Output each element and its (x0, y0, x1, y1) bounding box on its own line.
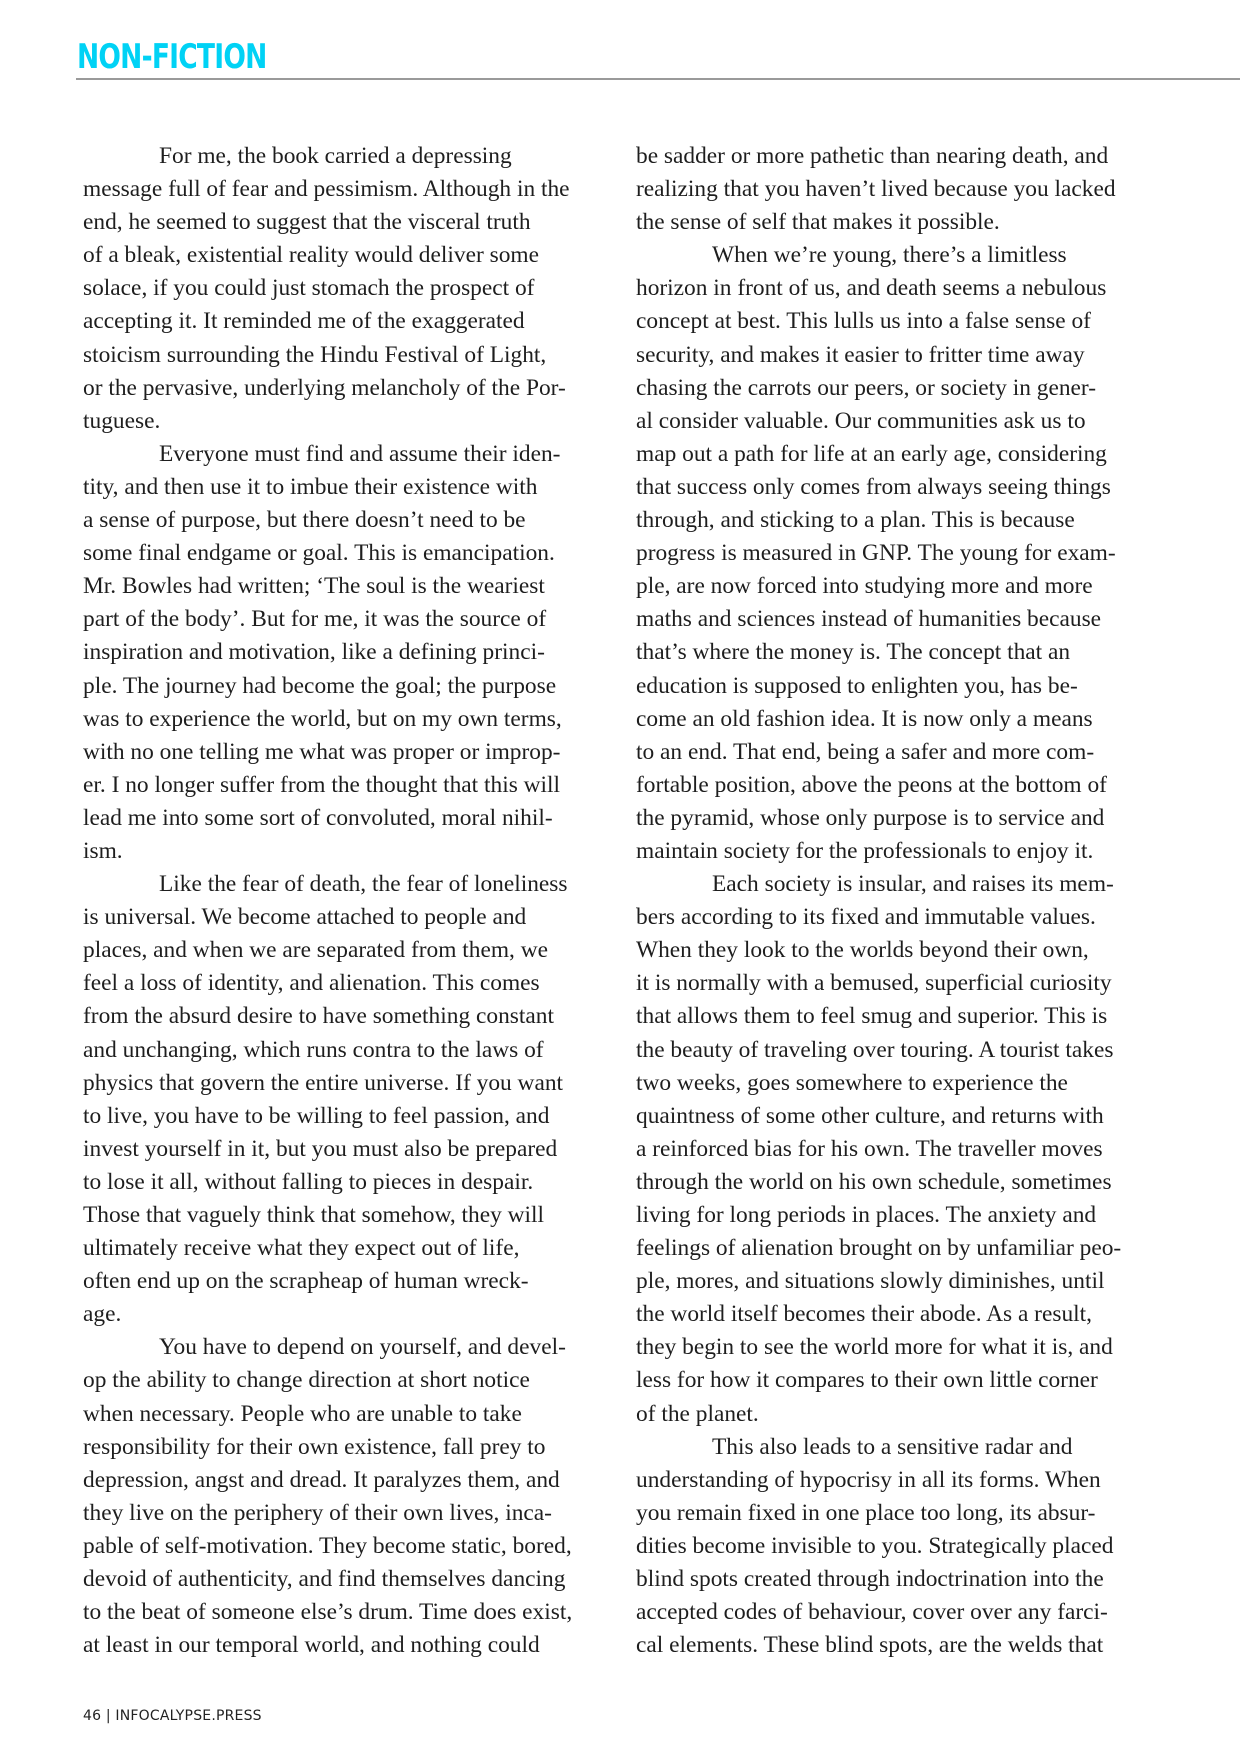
text-line: that allows them to feel smug and superi… (636, 1000, 1156, 1033)
text-line: when necessary. People who are unable to… (83, 1398, 603, 1431)
text-line: the world itself becomes their abode. As… (636, 1298, 1156, 1331)
text-line: cal elements. These blind spots, are the… (636, 1629, 1156, 1662)
text-line: feelings of alienation brought on by unf… (636, 1232, 1156, 1265)
text-line: places, and when we are separated from t… (83, 934, 603, 967)
text-line: You have to depend on yourself, and deve… (83, 1331, 603, 1364)
text-line: When they look to the worlds beyond thei… (636, 934, 1156, 967)
text-line: through, and sticking to a plan. This is… (636, 504, 1156, 537)
text-line: and unchanging, which runs contra to the… (83, 1034, 603, 1067)
text-line: some final endgame or goal. This is eman… (83, 537, 603, 570)
article-column-right: be sadder or more pathetic than nearing … (636, 140, 1156, 1662)
page-footer: 46 | INFOCALYPSE.PRESS (83, 1708, 262, 1724)
text-line: responsibility for their own existence, … (83, 1431, 603, 1464)
text-line: pable of self-motivation. They become st… (83, 1530, 603, 1563)
text-line: tuguese. (83, 405, 603, 438)
text-line: accepted codes of behaviour, cover over … (636, 1596, 1156, 1629)
text-line: ism. (83, 835, 603, 868)
text-line: a reinforced bias for his own. The trave… (636, 1133, 1156, 1166)
text-line: understanding of hypocrisy in all its fo… (636, 1464, 1156, 1497)
text-line: less for how it compares to their own li… (636, 1364, 1156, 1397)
text-line: lead me into some sort of convoluted, mo… (83, 802, 603, 835)
text-line: come an old fashion idea. It is now only… (636, 703, 1156, 736)
text-line: maintain society for the professionals t… (636, 835, 1156, 868)
text-line: chasing the carrots our peers, or societ… (636, 372, 1156, 405)
text-line: with no one telling me what was proper o… (83, 736, 603, 769)
text-line: ple. The journey had become the goal; th… (83, 670, 603, 703)
text-line: al consider valuable. Our communities as… (636, 405, 1156, 438)
text-line: solace, if you could just stomach the pr… (83, 272, 603, 305)
text-line: through the world on his own schedule, s… (636, 1166, 1156, 1199)
text-line: be sadder or more pathetic than nearing … (636, 140, 1156, 173)
text-line: ple, mores, and situations slowly dimini… (636, 1265, 1156, 1298)
text-line: to lose it all, without falling to piece… (83, 1166, 603, 1199)
text-line: of a bleak, existential reality would de… (83, 239, 603, 272)
header-divider (76, 78, 1240, 80)
text-line: that’s where the money is. The concept t… (636, 636, 1156, 669)
text-line: This also leads to a sensitive radar and (636, 1431, 1156, 1464)
text-line: stoicism surrounding the Hindu Festival … (83, 339, 603, 372)
text-line: from the absurd desire to have something… (83, 1000, 603, 1033)
text-line: quaintness of some other culture, and re… (636, 1100, 1156, 1133)
text-line: physics that govern the entire universe.… (83, 1067, 603, 1100)
text-line: maths and sciences instead of humanities… (636, 603, 1156, 636)
text-line: the pyramid, whose only purpose is to se… (636, 802, 1156, 835)
text-line: tity, and then use it to imbue their exi… (83, 471, 603, 504)
text-line: feel a loss of identity, and alienation.… (83, 967, 603, 1000)
text-line: ultimately receive what they expect out … (83, 1232, 603, 1265)
text-line: they live on the periphery of their own … (83, 1497, 603, 1530)
text-line: progress is measured in GNP. The young f… (636, 537, 1156, 570)
text-line: realizing that you haven’t lived because… (636, 173, 1156, 206)
text-line: Those that vaguely think that somehow, t… (83, 1199, 603, 1232)
text-line: When we’re young, there’s a limitless (636, 239, 1156, 272)
text-line: ple, are now forced into studying more a… (636, 570, 1156, 603)
text-line: invest yourself in it, but you must also… (83, 1133, 603, 1166)
text-line: living for long periods in places. The a… (636, 1199, 1156, 1232)
text-line: that success only comes from always seei… (636, 471, 1156, 504)
text-line: education is supposed to enlighten you, … (636, 670, 1156, 703)
text-line: is universal. We become attached to peop… (83, 901, 603, 934)
text-line: age. (83, 1298, 603, 1331)
text-line: devoid of authenticity, and find themsel… (83, 1563, 603, 1596)
text-line: end, he seemed to suggest that the visce… (83, 206, 603, 239)
text-line: For me, the book carried a depressing (83, 140, 603, 173)
text-line: to the beat of someone else’s drum. Time… (83, 1596, 603, 1629)
text-line: blind spots created through indoctrinati… (636, 1563, 1156, 1596)
text-line: two weeks, goes somewhere to experience … (636, 1067, 1156, 1100)
text-line: it is normally with a bemused, superfici… (636, 967, 1156, 1000)
text-line: the sense of self that makes it possible… (636, 206, 1156, 239)
text-line: to live, you have to be willing to feel … (83, 1100, 603, 1133)
text-line: they begin to see the world more for wha… (636, 1331, 1156, 1364)
text-line: horizon in front of us, and death seems … (636, 272, 1156, 305)
text-line: Each society is insular, and raises its … (636, 868, 1156, 901)
text-line: at least in our temporal world, and noth… (83, 1629, 603, 1662)
text-line: or the pervasive, underlying melancholy … (83, 372, 603, 405)
text-line: part of the body’. But for me, it was th… (83, 603, 603, 636)
text-line: concept at best. This lulls us into a fa… (636, 305, 1156, 338)
section-title: NON-FICTION (77, 36, 267, 78)
text-line: depression, angst and dread. It paralyze… (83, 1464, 603, 1497)
text-line: to an end. That end, being a safer and m… (636, 736, 1156, 769)
text-line: a sense of purpose, but there doesn’t ne… (83, 504, 603, 537)
text-line: accepting it. It reminded me of the exag… (83, 305, 603, 338)
text-line: the beauty of traveling over touring. A … (636, 1034, 1156, 1067)
text-line: you remain fixed in one place too long, … (636, 1497, 1156, 1530)
text-line: was to experience the world, but on my o… (83, 703, 603, 736)
text-line: er. I no longer suffer from the thought … (83, 769, 603, 802)
text-line: fortable position, above the peons at th… (636, 769, 1156, 802)
text-line: security, and makes it easier to fritter… (636, 339, 1156, 372)
text-line: Like the fear of death, the fear of lone… (83, 868, 603, 901)
text-line: op the ability to change direction at sh… (83, 1364, 603, 1397)
text-line: dities become invisible to you. Strategi… (636, 1530, 1156, 1563)
text-line: often end up on the scrapheap of human w… (83, 1265, 603, 1298)
text-line: message full of fear and pessimism. Alth… (83, 173, 603, 206)
article-column-left: For me, the book carried a depressingmes… (83, 140, 603, 1662)
text-line: Mr. Bowles had written; ‘The soul is the… (83, 570, 603, 603)
text-line: inspiration and motivation, like a defin… (83, 636, 603, 669)
footer-folio: 46 | INFOCALYPSE.PRESS (83, 1708, 262, 1724)
text-line: Everyone must find and assume their iden… (83, 438, 603, 471)
text-line: of the planet. (636, 1398, 1156, 1431)
text-line: bers according to its fixed and immutabl… (636, 901, 1156, 934)
text-line: map out a path for life at an early age,… (636, 438, 1156, 471)
